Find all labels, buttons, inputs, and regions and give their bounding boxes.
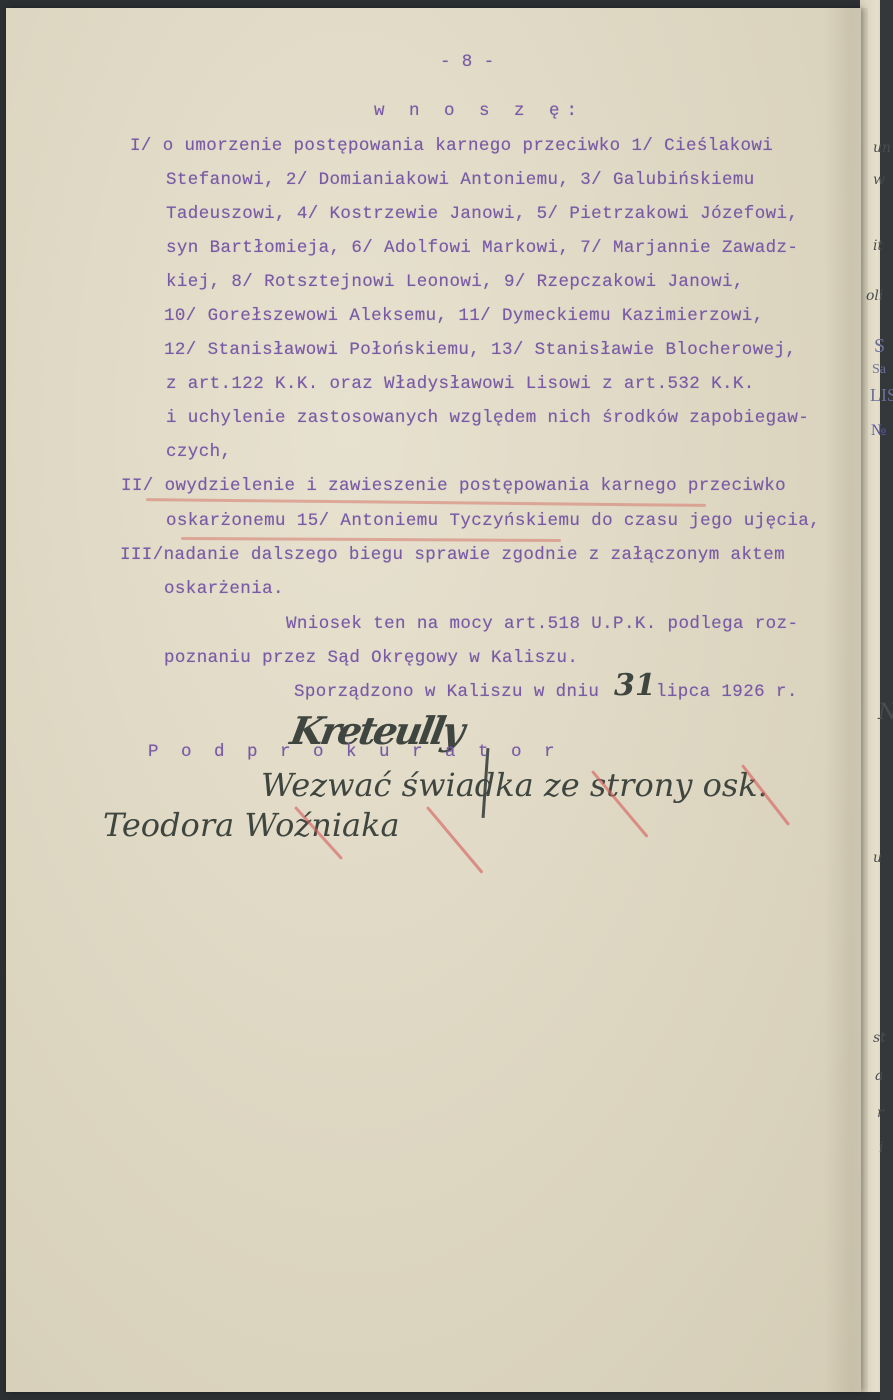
- section-ii-line: II/ owydzielenie i zawieszenie postępowa…: [121, 476, 786, 496]
- red-pencil-underline: [146, 498, 706, 507]
- handwritten-note-line: Wezwać świadka ze strony osk.: [261, 766, 768, 804]
- section-i-line: kiej, 8/ Rotsztejnowi Leonowi, 9/ Rzepcz…: [166, 272, 744, 292]
- section-i-line: i uchylenie zastosowanych względem nich …: [166, 408, 809, 428]
- edge-handwriting: w: [873, 172, 885, 188]
- closing-line: poznaniu przez Sąd Okręgowy w Kaliszu.: [164, 648, 578, 668]
- section-i-line: Tadeuszowi, 4/ Kostrzewie Janowi, 5/ Pie…: [166, 204, 798, 224]
- document-page: - 8 - w n o s z ę: I/ o umorzenie postęp…: [6, 8, 861, 1392]
- handwritten-note-line: Teodora Woźniaka: [103, 806, 400, 844]
- edge-handwriting: r: [877, 1105, 884, 1121]
- edge-stamp-text: Sa: [872, 362, 886, 378]
- page-fold-shadow: [824, 8, 868, 1392]
- edge-handwriting: N: [878, 700, 893, 725]
- edge-handwriting: it: [873, 238, 883, 254]
- red-pencil-strike: [426, 806, 484, 874]
- page-number: - 8 -: [440, 52, 495, 72]
- handwritten-date-day: 31: [614, 668, 656, 703]
- edge-handwriting: a: [875, 1068, 883, 1084]
- section-iii-line: oskarżenia.: [164, 579, 284, 599]
- edge-handwriting: u: [873, 850, 882, 866]
- section-i-line: 12/ Stanisławowi Połońskiemu, 13/ Stanis…: [164, 340, 796, 360]
- red-pencil-underline: [181, 537, 561, 542]
- edge-handwriting: st: [873, 1030, 886, 1046]
- edge-stamp-text: №: [871, 422, 886, 440]
- section-i-line: syn Bartłomieja, 6/ Adolfowi Markowi, 7/…: [166, 238, 798, 258]
- heading-wnosze: w n o s z ę:: [374, 101, 584, 121]
- section-i-line: Stefanowi, 2/ Domianiakowi Antoniemu, 3/…: [166, 170, 755, 190]
- section-i-line: z art.122 K.K. oraz Władysławowi Lisowi …: [166, 374, 755, 394]
- section-ii-line: oskarżonemu 15/ Antoniemu Tyczyńskiemu d…: [166, 511, 820, 531]
- section-i-line: I/ o umorzenie postępowania karnego prze…: [130, 136, 773, 156]
- date-line-month-year: lipca 1926 r.: [656, 682, 798, 702]
- closing-line: Wniosek ten na mocy art.518 U.P.K. podle…: [286, 614, 798, 634]
- edge-handwriting: un: [873, 140, 891, 156]
- edge-handwriting: oli: [866, 288, 883, 304]
- edge-stamp-text: LIS: [870, 385, 893, 406]
- signature-title: P o d p r o k u r a t o r: [148, 742, 561, 762]
- edge-handwriting: i: [879, 1140, 883, 1156]
- date-line: Sporządzono w Kaliszu w dniu: [294, 682, 599, 702]
- section-iii-line: III/nadanie dalszego biegu sprawie zgodn…: [120, 545, 785, 565]
- section-i-line: czych,: [166, 442, 231, 462]
- section-i-line: 10/ Gorełszewowi Aleksemu, 11/ Dymeckiem…: [164, 306, 764, 326]
- edge-stamp-text: S: [874, 335, 885, 358]
